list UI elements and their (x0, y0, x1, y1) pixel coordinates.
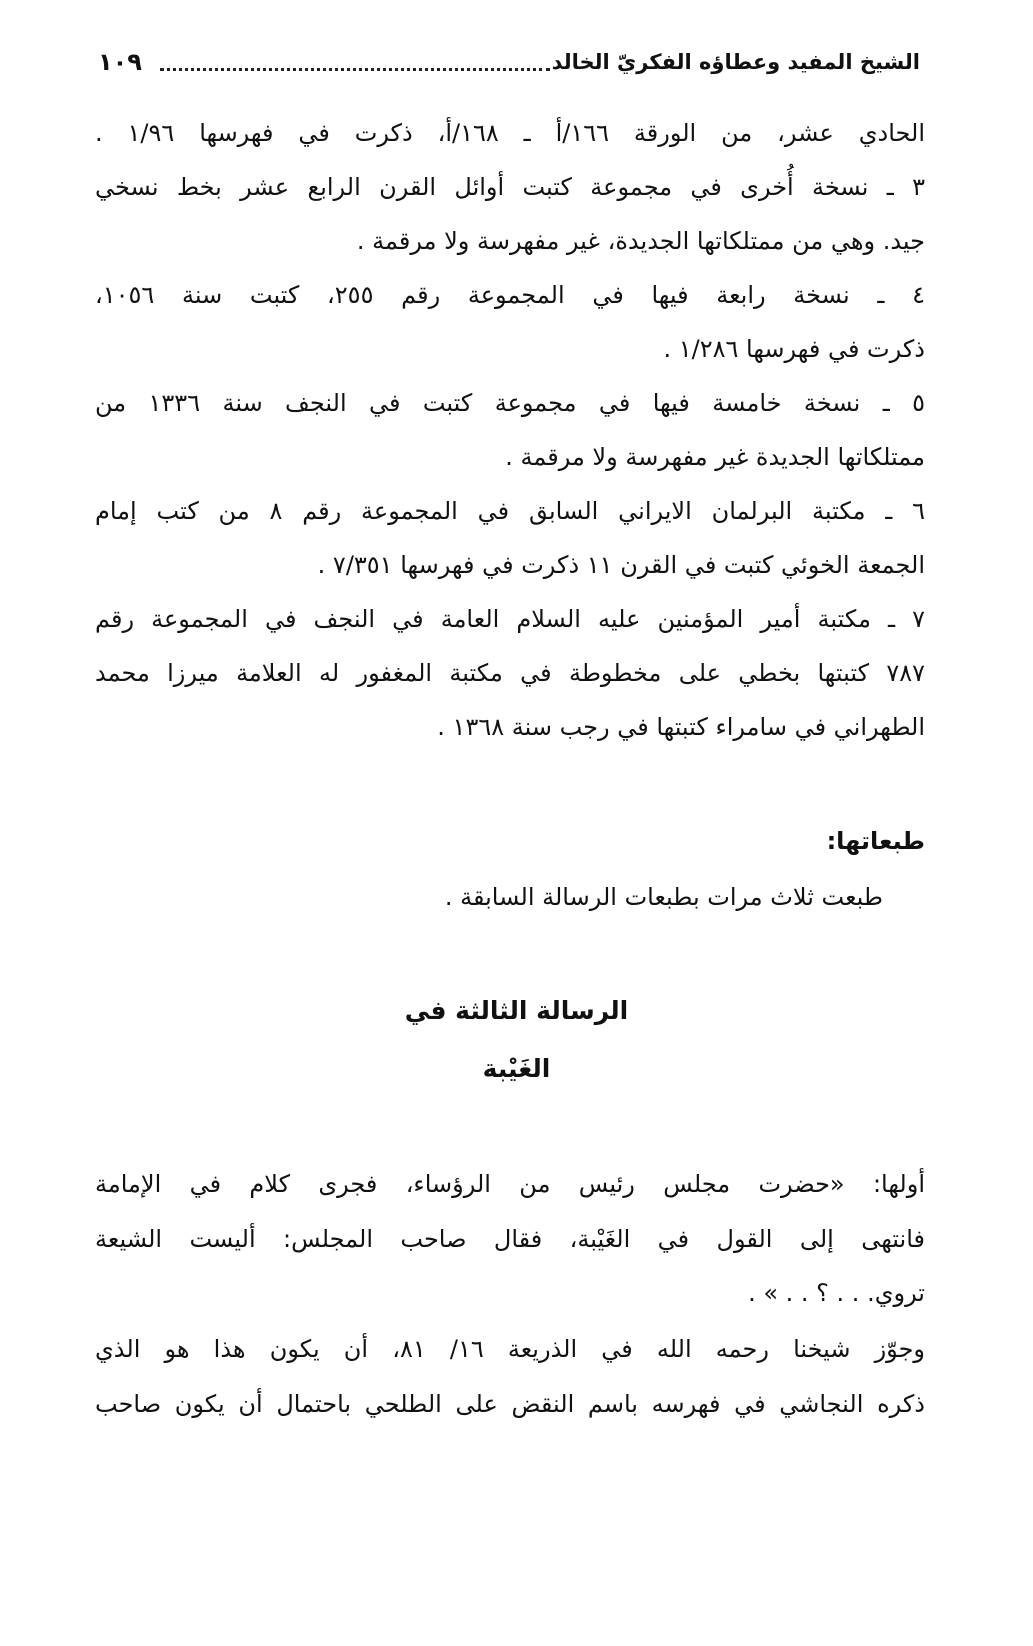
body-line: ممتلكاتها الجديدة غير مفهرسة ولا مرقمة . (505, 440, 925, 474)
body-line: جيد. وهي من ممتلكاتها الجديدة، غير مفهرس… (357, 224, 925, 258)
editions-text: طبعت ثلاث مرات بطبعات الرسالة السابقة . (445, 880, 883, 914)
section-body-line: أولها: «حضرت مجلس رئيس من الرؤساء، فجرى … (95, 1167, 925, 1201)
body-line: ٧٨٧ كتبتها بخطي على مخطوطة في مكتبة المغ… (95, 656, 925, 690)
body-line: ذكرت في فهرسها ١/٢٨٦ . (664, 332, 926, 366)
section-title-line1: الرسالة الثالثة في (0, 994, 1033, 1028)
section-body-line: وجوّز شيخنا رحمه الله في الذريعة ١٦/ ٨١،… (95, 1332, 925, 1366)
body-line: ٣ ـ نسخة أُخرى في مجموعة كتبت أوائل القر… (95, 170, 925, 204)
body-line: ٥ ـ نسخة خامسة فيها في مجموعة كتبت في ال… (95, 386, 925, 420)
leader-dots (160, 68, 550, 71)
running-title: الشيخ المفيد وعطاؤه الفكريّ الخالد (552, 44, 920, 80)
section-body-line: فانتهى إلى القول في الغَيْبة، فقال صاحب … (95, 1222, 925, 1256)
section-body-line: تروي. . . ؟ . . » . (748, 1276, 925, 1310)
body-line: ٧ ـ مكتبة أمير المؤمنين عليه السلام العا… (95, 602, 925, 636)
section-title-line2: الغَيْبة (0, 1052, 1033, 1086)
body-line: الحادي عشر، من الورقة ١٦٦/أ ـ ١٦٨/أ، ذكر… (95, 116, 925, 150)
editions-heading: طبعاتها: (827, 824, 925, 858)
book-page: الشيخ المفيد وعطاؤه الفكريّ الخالد ١٠٩ ا… (0, 0, 1033, 1646)
page-number: ١٠٩ (98, 44, 142, 80)
body-line: ٦ ـ مكتبة البرلمان الايراني السابق في ال… (95, 494, 925, 528)
body-line: الجمعة الخوئي كتبت في القرن ١١ ذكرت في ف… (318, 548, 925, 582)
section-body-line: ذكره النجاشي في فهرسه باسم النقض على الط… (95, 1387, 925, 1421)
body-line: ٤ ـ نسخة رابعة فيها في المجموعة رقم ٢٥٥،… (95, 278, 925, 312)
body-line: الطهراني في سامراء كتبتها في رجب سنة ١٣٦… (437, 710, 925, 744)
running-header: الشيخ المفيد وعطاؤه الفكريّ الخالد ١٠٩ (98, 44, 920, 80)
